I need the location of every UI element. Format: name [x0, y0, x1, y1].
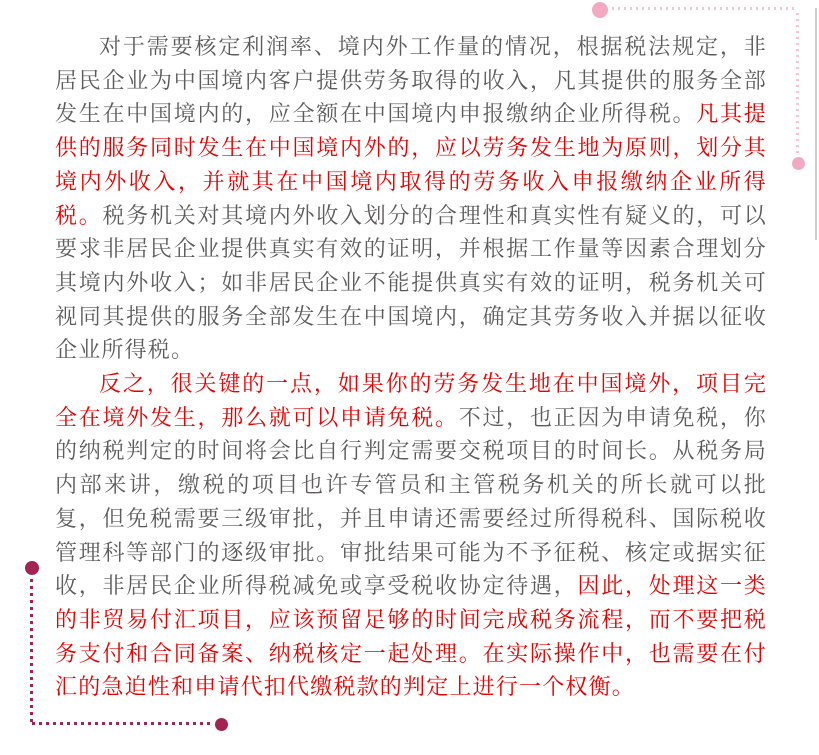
bottom-left-dotted-vline: [30, 579, 33, 722]
bottom-magenta-end-dot: [215, 718, 228, 731]
text-segment: 对于需要核定利润率、境内外工作量的情况，根据税法规定，非居民企业为中国境内客户提…: [55, 34, 767, 126]
right-edge-line: [815, 8, 817, 240]
right-dotted-line: [796, 13, 799, 153]
bottom-dotted-hline: [32, 722, 214, 725]
article-body: 对于需要核定利润率、境内外工作量的情况，根据税法规定，非居民企业为中国境内客户提…: [55, 30, 767, 704]
right-pink-dot: [792, 157, 805, 170]
top-dotted-line: [612, 7, 798, 10]
text-segment: 税务机关对其境内外收入划分的合理性和真实性有疑义的，可以要求非居民企业提供真实有…: [55, 203, 767, 363]
paragraph-1: 对于需要核定利润率、境内外工作量的情况，根据税法规定，非居民企业为中国境内客户提…: [55, 30, 767, 367]
bottom-left-magenta-dot: [25, 561, 39, 575]
text-segment: 不过，也正因为申请免税，你的纳税判定的时间将会比自行判定需要交税项目的时间长。从…: [55, 405, 767, 599]
paragraph-2: 反之，很关键的一点，如果你的劳务发生地在中国境外，项目完全在境外发生，那么就可以…: [55, 367, 767, 704]
top-pink-dot: [592, 2, 608, 18]
